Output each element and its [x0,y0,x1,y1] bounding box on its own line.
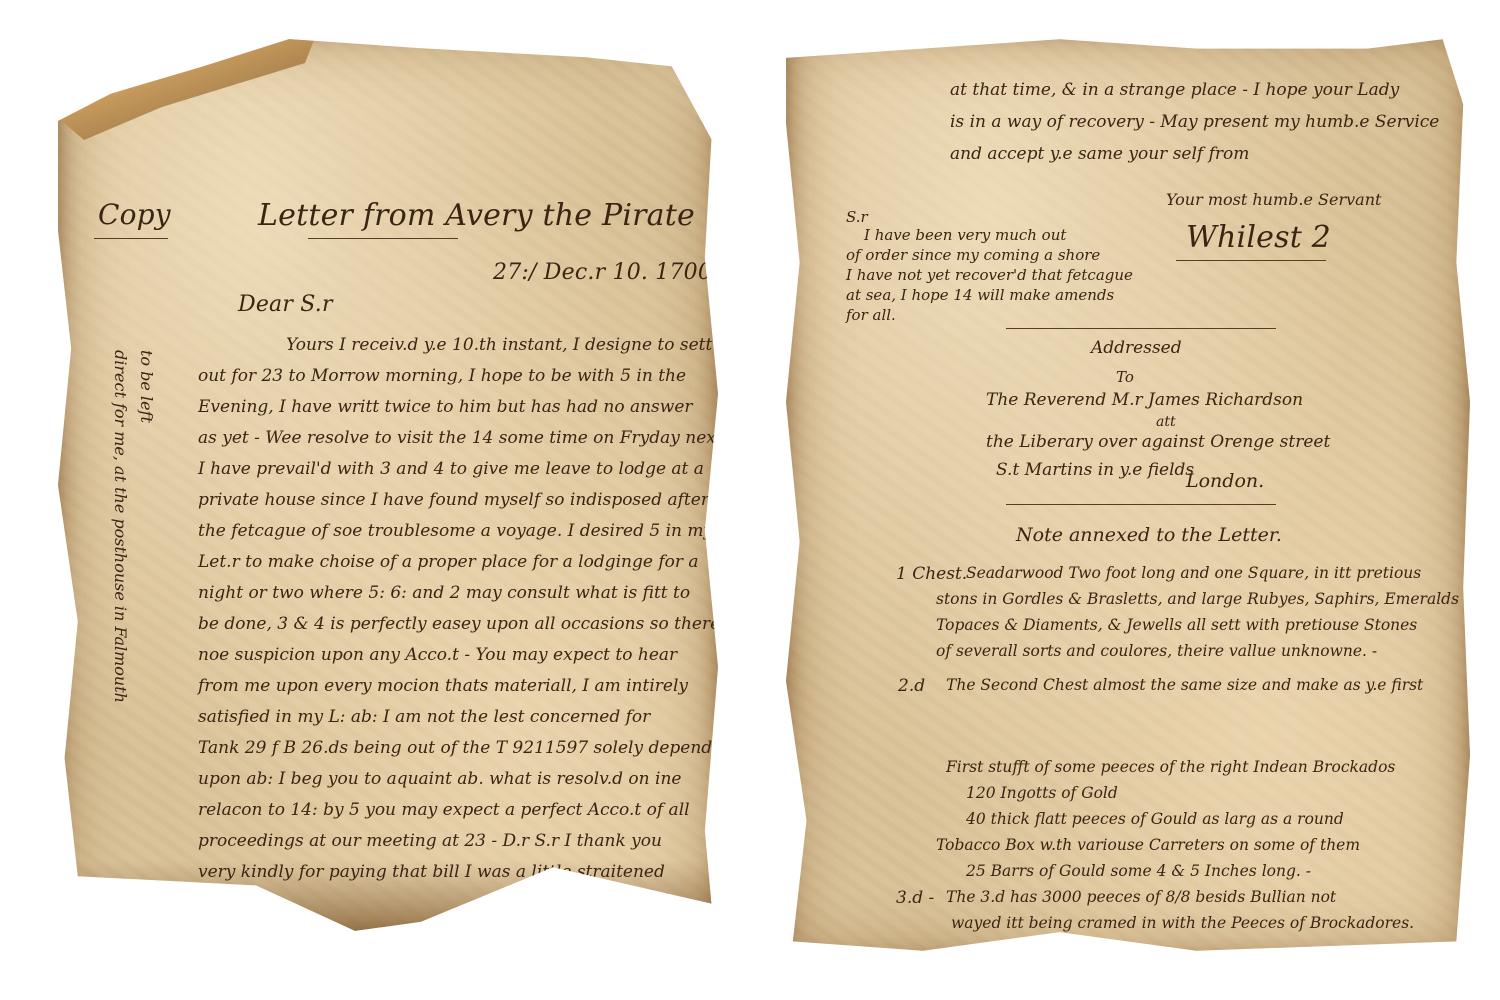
body-line: be done, 3 & 4 is perfectly easey upon a… [198,614,729,634]
signature-flourish [1176,260,1326,261]
address-line: The Reverend M.r James Richardson [986,390,1303,410]
note-line: 40 thick flatt peeces of Gould as larg a… [966,810,1344,828]
note-line: Topaces & Diaments, & Jewells all sett w… [936,616,1417,634]
note-line: 120 Ingotts of Gold [966,784,1118,802]
body-line: I have prevail'd with 3 and 4 to give me… [198,459,704,479]
closing: Your most humb.e Servant [1166,190,1381,209]
body-line: very kindly for paying that bill I was a… [198,862,665,882]
body-line: proceedings at our meeting at 23 - D.r S… [198,831,662,851]
body-line: upon ab: I beg you to aquaint ab. what i… [198,769,681,789]
body-line: at [653,890,670,910]
body-line: private house since I have found myself … [198,490,709,510]
note-line: 25 Barrs of Gould some 4 & 5 Inches long… [966,862,1311,880]
note-item-label: 3.d - [896,888,934,908]
body-line: relacon to 14: by 5 you may expect a per… [198,800,690,820]
note-line: of severall sorts and coulores, theire v… [936,642,1377,660]
body-line: out for 23 to Morrow morning, I hope to … [198,366,686,386]
address-line: London. [1186,470,1264,492]
body-line: noe suspicion upon any Acco.t - You may … [198,645,677,665]
letter-page-left: Copy Letter from Avery the Pirate 27:/ D… [58,30,718,940]
salutation: Dear S.r [238,292,333,317]
note-line: Seadarwood Two foot long and one Square,… [966,564,1421,582]
address-to: To [1116,368,1134,386]
postscript-line: I have been very much out [864,226,1066,244]
body-line: night or two where 5: 6: and 2 may consu… [198,583,690,603]
divider [1006,328,1276,329]
note-line: The Second Chest almost the same size an… [946,676,1423,694]
body-line: from me upon every mocion thats material… [198,676,688,696]
postscript-line: of order since my coming a shore [846,246,1100,264]
body-line: satisfied in my L: ab: I am not the lest… [198,707,650,727]
letter-title: Letter from Avery the Pirate [258,198,695,233]
body-line: as yet - Wee resolve to visit the 14 som… [198,428,728,448]
address-line: S.t Martins in y.e fields [996,460,1194,480]
margin-note-1: to be left [137,350,156,423]
address-line: att [1156,414,1176,430]
postscript-line: for all. [846,306,896,324]
body-line: the fetcague of soe troublesome a voyage… [198,521,713,541]
letter-page-right: at that time, & in a strange place - I h… [786,30,1470,960]
copy-label: Copy [98,198,171,231]
body-line: Tank 29 f B 26.ds being out of the T 921… [198,738,739,758]
note-line: Tobacco Box w.th variouse Carreters on s… [936,836,1360,854]
continued-line: at that time, & in a strange place - I h… [950,80,1399,100]
letter-date: 27:/ Dec.r 10. 1700 [493,260,712,285]
continued-line: and accept y.e same your self from [950,144,1249,164]
curled-corner [58,30,318,140]
note-line: wayed itt being cramed in with the Peece… [951,914,1414,932]
note-heading: Note annexed to the Letter. [1016,524,1282,546]
signature: Whilest 2 [1186,220,1331,255]
margin-note-2: direct for me, at the posthouse in Falmo… [111,350,130,703]
body-line: Yours I receiv.d y.e 10.th instant, I de… [286,335,712,355]
body-line: Let.r to make choise of a proper place f… [198,552,699,572]
postscript-salutation: S.r [846,208,868,226]
copy-underline [94,238,168,239]
note-line: The 3.d has 3000 peeces of 8/8 besids Bu… [946,888,1336,906]
title-underline [308,238,458,239]
body-line: Evening, I have writt twice to him but h… [198,397,693,417]
address-heading: Addressed [1091,338,1182,358]
note-line: stons in Gordles & Brasletts, and large … [936,590,1459,608]
divider [1006,504,1276,505]
note-line: First stufft of some peeces of the right… [946,758,1395,776]
postscript-line: at sea, I hope 14 will make amends [846,286,1114,304]
postscript-line: I have not yet recover'd that fetcague [846,266,1133,284]
address-line: the Liberary over against Orenge street [986,432,1330,452]
continued-line: is in a way of recovery - May present my… [950,112,1439,132]
note-item-label: 2.d [898,676,925,696]
note-item-label: 1 Chest. [896,564,967,584]
